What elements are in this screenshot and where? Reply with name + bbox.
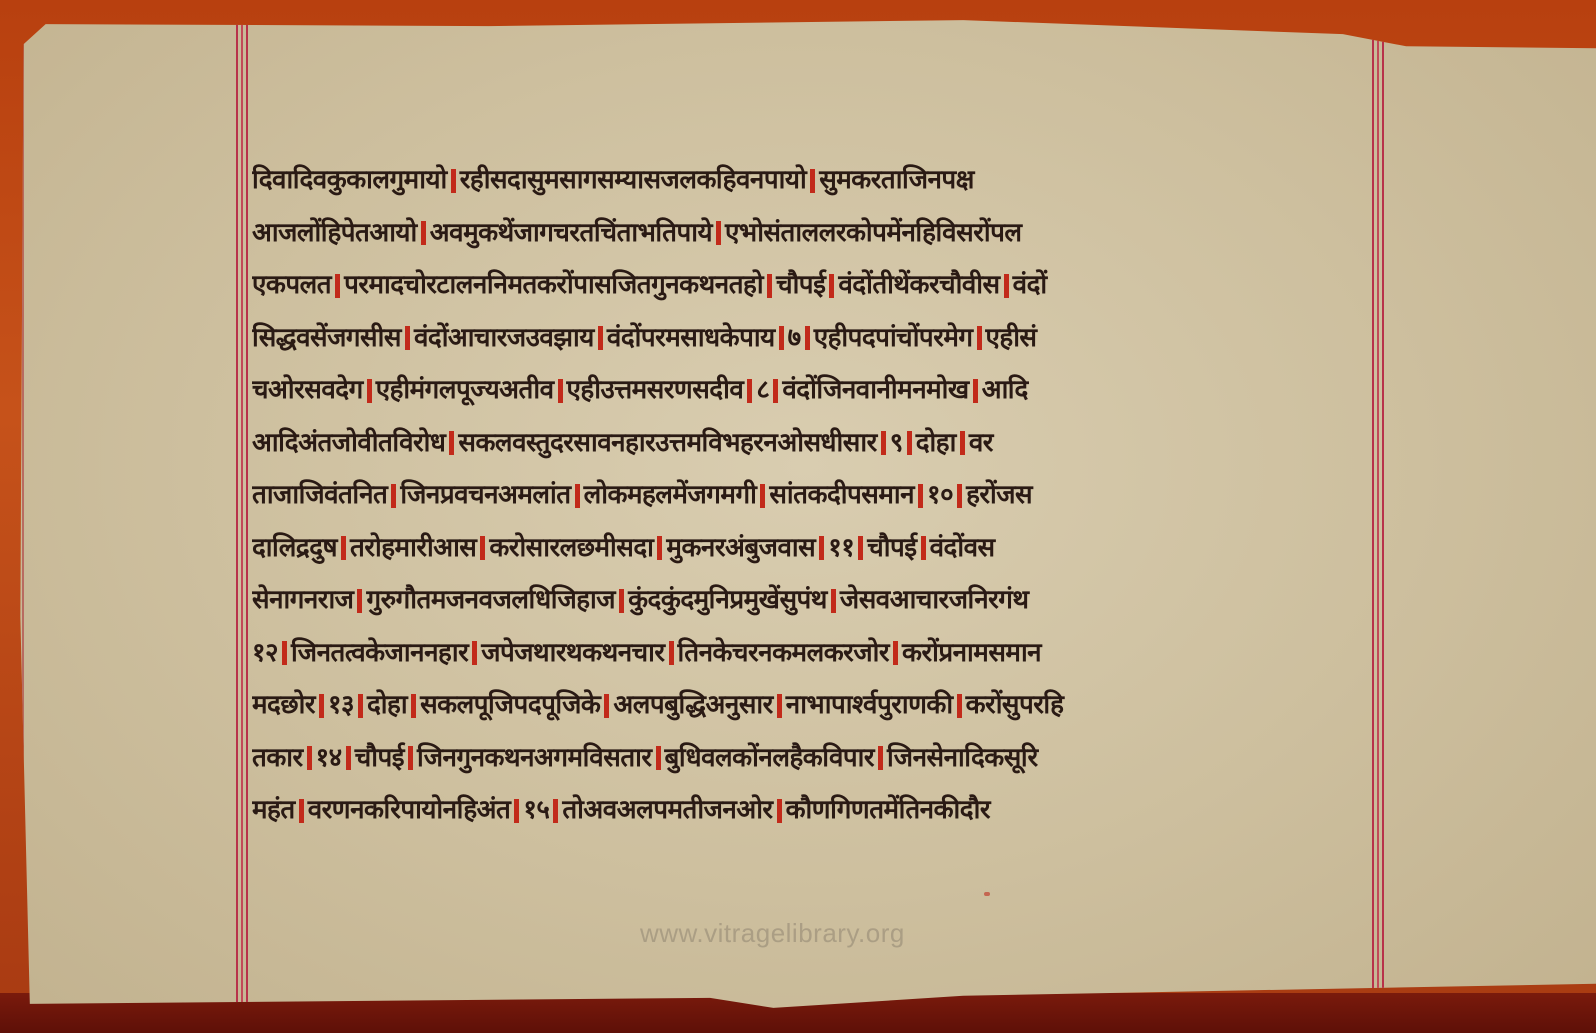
- text-segment: लोकमहलमेंजगमगी: [584, 480, 757, 510]
- danda-mark: [335, 274, 340, 298]
- danda-mark: [449, 431, 454, 455]
- text-segment: १२: [252, 638, 278, 668]
- manuscript-line: १२जिनतत्वकेजाननहारजपेजथारथकथनचारतिनकेचरन…: [252, 627, 1382, 680]
- danda-mark: [358, 694, 363, 718]
- text-segment: वरणनकरिपायोनहिअंत: [308, 795, 511, 825]
- danda-mark: [346, 746, 351, 770]
- manuscript-line: सेनागनराजगुरुगौतमजनवजलधिजिहाजकुंदकुंदमुन…: [252, 574, 1382, 627]
- danda-mark: [858, 536, 863, 560]
- danda-mark: [881, 431, 886, 455]
- text-segment: गुरुगौतमजनवजलधिजिहाज: [366, 585, 615, 615]
- text-segment: मुकनरअंबुजवास: [666, 533, 815, 563]
- danda-mark: [421, 221, 426, 245]
- text-segment: जिनसेनादिकसूरि: [887, 743, 1038, 773]
- text-segment: वंदोंपरमसाधकेपाय: [607, 323, 775, 353]
- text-segment: चौपई: [867, 533, 916, 563]
- danda-mark: [760, 484, 765, 508]
- text-segment: वर: [969, 428, 993, 458]
- text-segment: आदि: [982, 375, 1028, 405]
- text-segment: एकपलत: [252, 270, 331, 300]
- text-segment: ९: [890, 428, 903, 458]
- manuscript-folio: दिवादिवकुकालगुमायोरहीसदासुमसागसम्यासजलकह…: [14, 12, 1596, 1020]
- text-segment: जेसवआचारजनिरगंथ: [840, 585, 1029, 615]
- text-segment: १५: [523, 795, 549, 825]
- danda-mark: [878, 746, 883, 770]
- danda-mark: [893, 641, 898, 665]
- text-segment: तोअवअलपमतीजनओर: [562, 795, 772, 825]
- text-segment: बुधिवलकोंनलहैकविपार: [665, 743, 875, 773]
- text-segment: चौपई: [776, 270, 825, 300]
- manuscript-text: दिवादिवकुकालगुमायोरहीसदासुमसागसम्यासजलकह…: [252, 154, 1382, 837]
- danda-mark: [767, 274, 772, 298]
- text-segment: वंदोंवस: [930, 533, 995, 563]
- text-segment: वंदों: [1013, 270, 1047, 300]
- text-segment: सकलपूजिपदपूजिके: [420, 690, 600, 720]
- danda-mark: [960, 431, 965, 455]
- danda-mark: [367, 379, 372, 403]
- text-segment: एहीमंगलपूज्यअतीव: [376, 375, 554, 405]
- text-segment: सेनागनराज: [252, 585, 353, 615]
- danda-mark: [598, 326, 603, 350]
- danda-mark: [451, 169, 456, 193]
- danda-mark: [777, 799, 782, 823]
- text-segment: मदछोर: [252, 690, 315, 720]
- text-segment: करोंप्रनामसमान: [902, 638, 1041, 668]
- danda-mark: [669, 641, 674, 665]
- danda-mark: [747, 379, 752, 403]
- text-segment: एहीपदपांचोंपरमेग: [814, 323, 973, 353]
- text-segment: परमादचोरटालननिमतकरोंपासजितगुनकथनतहो: [344, 270, 763, 300]
- text-segment: जिनतत्वकेजाननहार: [291, 638, 468, 668]
- text-segment: करोंसुपरहि: [966, 690, 1064, 720]
- danda-mark: [341, 536, 346, 560]
- danda-mark: [299, 799, 304, 823]
- text-segment: कुंदकुंदमुनिप्रमुखेंसुपंथ: [628, 585, 827, 615]
- text-segment: दोहा: [916, 428, 956, 458]
- text-segment: १३: [328, 690, 354, 720]
- text-segment: एहीसं: [986, 323, 1037, 353]
- text-segment: अलपबुद्धिअनुसार: [613, 690, 772, 720]
- text-segment: वंदोंआचारजउवझाय: [414, 323, 594, 353]
- danda-mark: [773, 379, 778, 403]
- text-segment: करोसारलछमीसदा: [489, 533, 653, 563]
- text-segment: अवमुकथेंजागचरतचिंताभतिपाये: [430, 218, 712, 248]
- text-segment: महंत: [252, 795, 295, 825]
- danda-mark: [921, 536, 926, 560]
- danda-mark: [553, 799, 558, 823]
- danda-mark: [829, 274, 834, 298]
- text-segment: हरोंजस: [966, 480, 1032, 510]
- danda-mark: [918, 484, 923, 508]
- text-segment: तिनकेचरनकमलकरजोर: [678, 638, 889, 668]
- left-edge-rule: [22, 42, 24, 1000]
- text-segment: जिनप्रवचनअमलांत: [400, 480, 570, 510]
- manuscript-line: आदिअंतजोवीतविरोधसकलवस्तुदरसावनहारउत्तमवि…: [252, 417, 1382, 470]
- text-segment: दालिद्रदुष: [252, 533, 337, 563]
- text-segment: रहीसदासुमसागसम्यासजलकहिवनपायो: [460, 165, 806, 195]
- danda-mark: [973, 379, 978, 403]
- text-segment: सांतकदीपसमान: [769, 480, 914, 510]
- danda-mark: [779, 326, 784, 350]
- manuscript-line: चओरसवदेगएहीमंगलपूज्यअतीवएहीउत्तमसरणसदीव८…: [252, 364, 1382, 417]
- danda-mark: [657, 536, 662, 560]
- text-segment: एभोसंताललरकोपमेंनहिविसरोंपल: [725, 218, 1021, 248]
- danda-mark: [604, 694, 609, 718]
- danda-mark: [716, 221, 721, 245]
- danda-mark: [357, 589, 362, 613]
- text-segment: चौपई: [355, 743, 404, 773]
- text-segment: ८: [756, 375, 769, 405]
- manuscript-line: तकार१४चौपईजिनगुनकथनअगमविसतारबुधिवलकोंनलह…: [252, 732, 1382, 785]
- manuscript-line: दिवादिवकुकालगुमायोरहीसदासुमसागसम्यासजलकह…: [252, 154, 1382, 207]
- danda-mark: [408, 746, 413, 770]
- text-segment: वंदोंजिनवानीमनमोख: [782, 375, 968, 405]
- danda-mark: [656, 746, 661, 770]
- danda-mark: [391, 484, 396, 508]
- text-segment: दिवादिवकुकालगुमायो: [252, 165, 447, 195]
- manuscript-line: महंतवरणनकरिपायोनहिअंत१५तोअवअलपमतीजनओरकौण…: [252, 784, 1382, 837]
- text-segment: एहीउत्तमसरणसदीव: [567, 375, 744, 405]
- text-segment: आदिअंतजोवीतविरोध: [252, 428, 445, 458]
- manuscript-line: आजलोंहिपेतआयोअवमुकथेंजागचरतचिंताभतिपायेए…: [252, 207, 1382, 260]
- danda-mark: [957, 694, 962, 718]
- text-segment: तरोहमारीआस: [350, 533, 476, 563]
- danda-mark: [575, 484, 580, 508]
- left-margin-rule: [236, 12, 250, 1020]
- text-segment: ११: [828, 533, 854, 563]
- text-segment: दोहा: [367, 690, 407, 720]
- text-segment: जपेजथारथकथनचार: [481, 638, 664, 668]
- danda-mark: [805, 326, 810, 350]
- text-segment: वंदोंतीथेंकरचौवीस: [838, 270, 999, 300]
- danda-mark: [831, 589, 836, 613]
- text-segment: ताजाजिवंतनित: [252, 480, 387, 510]
- danda-mark: [977, 326, 982, 350]
- danda-mark: [282, 641, 287, 665]
- danda-mark: [319, 694, 324, 718]
- text-segment: ७: [788, 323, 801, 353]
- text-segment: तकार: [252, 743, 303, 773]
- ink-spot: [984, 892, 990, 896]
- text-segment: नाभापार्श्वपुराणकी: [786, 690, 953, 720]
- manuscript-line: मदछोर१३दोहासकलपूजिपदपूजिकेअलपबुद्धिअनुसा…: [252, 679, 1382, 732]
- danda-mark: [1004, 274, 1009, 298]
- danda-mark: [957, 484, 962, 508]
- danda-mark: [819, 536, 824, 560]
- danda-mark: [514, 799, 519, 823]
- danda-mark: [405, 326, 410, 350]
- danda-mark: [411, 694, 416, 718]
- watermark: www.vitragelibrary.org: [640, 918, 905, 949]
- text-segment: सकलवस्तुदरसावनहारउत्तमविभहरनओसधीसार: [458, 428, 876, 458]
- danda-mark: [558, 379, 563, 403]
- manuscript-line: ताजाजिवंतनितजिनप्रवचनअमलांतलोकमहलमेंजगमग…: [252, 469, 1382, 522]
- text-segment: जिनगुनकथनअगमविसतार: [417, 743, 652, 773]
- manuscript-line: सिद्धवसेंजगसीसवंदोंआचारजउवझायवंदोंपरमसाध…: [252, 312, 1382, 365]
- danda-mark: [480, 536, 485, 560]
- danda-mark: [907, 431, 912, 455]
- text-segment: सिद्धवसेंजगसीस: [252, 323, 401, 353]
- text-segment: सुमकरताजिनपक्ष: [819, 165, 974, 195]
- danda-mark: [777, 694, 782, 718]
- text-segment: आजलोंहिपेतआयो: [252, 218, 417, 248]
- text-segment: चओरसवदेग: [252, 375, 363, 405]
- danda-mark: [307, 746, 312, 770]
- danda-mark: [472, 641, 477, 665]
- manuscript-line: दालिद्रदुषतरोहमारीआसकरोसारलछमीसदामुकनरअं…: [252, 522, 1382, 575]
- text-segment: कौणगिणतमेंतिनकीदौर: [786, 795, 990, 825]
- danda-mark: [619, 589, 624, 613]
- text-segment: १४: [316, 743, 342, 773]
- text-segment: १०: [927, 480, 953, 510]
- danda-mark: [810, 169, 815, 193]
- manuscript-line: एकपलतपरमादचोरटालननिमतकरोंपासजितगुनकथनतहो…: [252, 259, 1382, 312]
